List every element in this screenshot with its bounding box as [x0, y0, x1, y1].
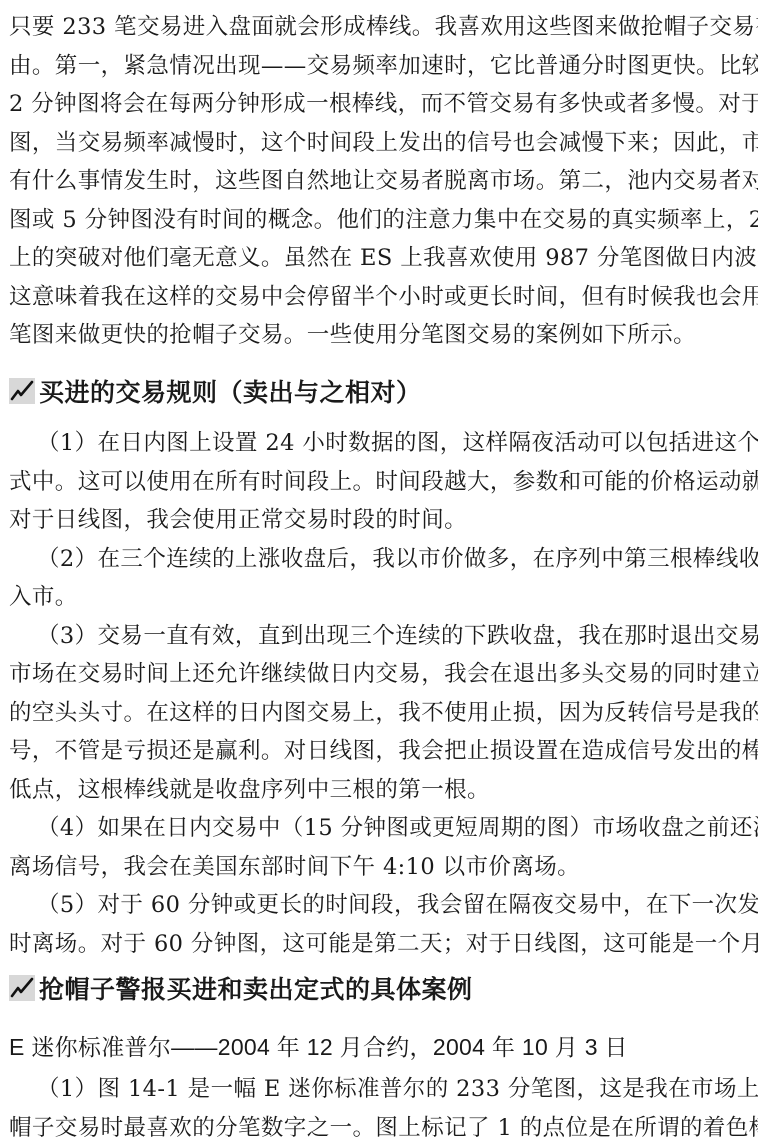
text-line: 时离场。对于 60 分钟图，这可能是第二天；对于日线图，这可能是一个月后。	[9, 925, 754, 964]
example-paragraph: （1）图 14-1 是一幅 E 迷你标准普尔的 233 分笔图，这是我在市场上做…	[9, 1070, 754, 1146]
buy-rules-list: （1）在日内图上设置 24 小时数据的图，这样隔夜活动可以包括进这个指标定 式中…	[9, 424, 754, 963]
text-line: 由。第一，紧急情况出现——交易频率加速时，它比普通分时图更快。比较而言，	[9, 47, 754, 86]
text-line: （3）交易一直有效，直到出现三个连续的下跌收盘，我在那时退出交易。如果	[9, 617, 754, 656]
text-line: 号，不管是亏损还是赢利。对日线图，我会把止损设置在造成信号发出的棒线的最	[9, 732, 754, 771]
text-line: 只要 233 笔交易进入盘面就会形成棒线。我喜欢用这些图来做抢帽子交易有两个理	[9, 8, 754, 47]
chart-line-icon	[9, 975, 35, 1001]
text-line: 低点，这根棒线就是收盘序列中三根的第一根。	[9, 771, 754, 810]
text-line: 式中。这可以使用在所有时间段上。时间段越大，参数和可能的价格运动就越大。	[9, 463, 754, 502]
section-title: 抢帽子警报买进和卖出定式的具体案例	[39, 970, 473, 1006]
chart-line-icon	[9, 378, 35, 404]
rule-item: （3）交易一直有效，直到出现三个连续的下跌收盘，我在那时退出交易。如果 市场在交…	[9, 617, 754, 810]
text-line: 的空头头寸。在这样的日内图交易上，我不使用止损，因为反转信号是我的离场信	[9, 694, 754, 733]
rule-item: （2）在三个连续的上涨收盘后，我以市价做多，在序列中第三根棒线收盘时 入市。	[9, 540, 754, 617]
text-line: 图，当交易频率减慢时，这个时间段上发出的信号也会减慢下来；因此，市场上没	[9, 124, 754, 163]
example-subheading: E 迷你标准普尔——2004 年 12 月合约，2004 年 10 月 3 日	[9, 1029, 628, 1062]
text-line: 离场信号，我会在美国东部时间下午 4:10 以市价离场。	[9, 848, 754, 887]
text-line: 入市。	[9, 578, 754, 617]
text-line: （5）对于 60 分钟或更长的时间段，我会留在隔夜交易中，在下一次发出信号	[9, 886, 754, 925]
text-line: 上的突破对他们毫无意义。虽然在 ES 上我喜欢使用 987 分笔图做日内波段交易…	[9, 239, 754, 278]
section-heading-buy-rules: 买进的交易规则（卖出与之相对）	[9, 373, 422, 409]
text-line: （4）如果在日内交易中（15 分钟图或更短周期的图）市场收盘之前还没有发出	[9, 809, 754, 848]
section-title: 买进的交易规则（卖出与之相对）	[39, 373, 422, 409]
text-line: 市场在交易时间上还允许继续做日内交易，我会在退出多头交易的同时建立一个新	[9, 655, 754, 694]
text-line: 2 分钟图将会在每两分钟形成一根棒线，而不管交易有多快或者多慢。对于分笔	[9, 85, 754, 124]
text-line: 图或 5 分钟图没有时间的概念。他们的注意力集中在交易的真实频率上，2 分钟图	[9, 201, 754, 240]
rule-item: （1）在日内图上设置 24 小时数据的图，这样隔夜活动可以包括进这个指标定 式中…	[9, 424, 754, 540]
text-line: 笔图来做更快的抢帽子交易。一些使用分笔图交易的案例如下所示。	[9, 316, 754, 355]
text-line: （2）在三个连续的上涨收盘后，我以市价做多，在序列中第三根棒线收盘时	[9, 540, 754, 579]
text-line: 这意味着我在这样的交易中会停留半个小时或更长时间，但有时候我也会用 233 分	[9, 278, 754, 317]
text-line: 对于日线图，我会使用正常交易时段的时间。	[9, 501, 754, 540]
rule-item: （4）如果在日内交易中（15 分钟图或更短周期的图）市场收盘之前还没有发出 离场…	[9, 809, 754, 886]
text-line: 帽子交易时最喜欢的分笔数字之一。图上标记了 1 的点位是在所谓的着色棒线的右	[9, 1109, 754, 1146]
intro-paragraph: 只要 233 笔交易进入盘面就会形成棒线。我喜欢用这些图来做抢帽子交易有两个理 …	[9, 8, 754, 355]
rule-item: （5）对于 60 分钟或更长的时间段，我会留在隔夜交易中，在下一次发出信号 时离…	[9, 886, 754, 963]
text-line: （1）在日内图上设置 24 小时数据的图，这样隔夜活动可以包括进这个指标定	[9, 424, 754, 463]
text-line: （1）图 14-1 是一幅 E 迷你标准普尔的 233 分笔图，这是我在市场上做…	[9, 1070, 754, 1109]
text-line: 有什么事情发生时，这些图自然地让交易者脱离市场。第二，池内交易者对 2 分钟	[9, 162, 754, 201]
section-heading-examples: 抢帽子警报买进和卖出定式的具体案例	[9, 970, 473, 1006]
